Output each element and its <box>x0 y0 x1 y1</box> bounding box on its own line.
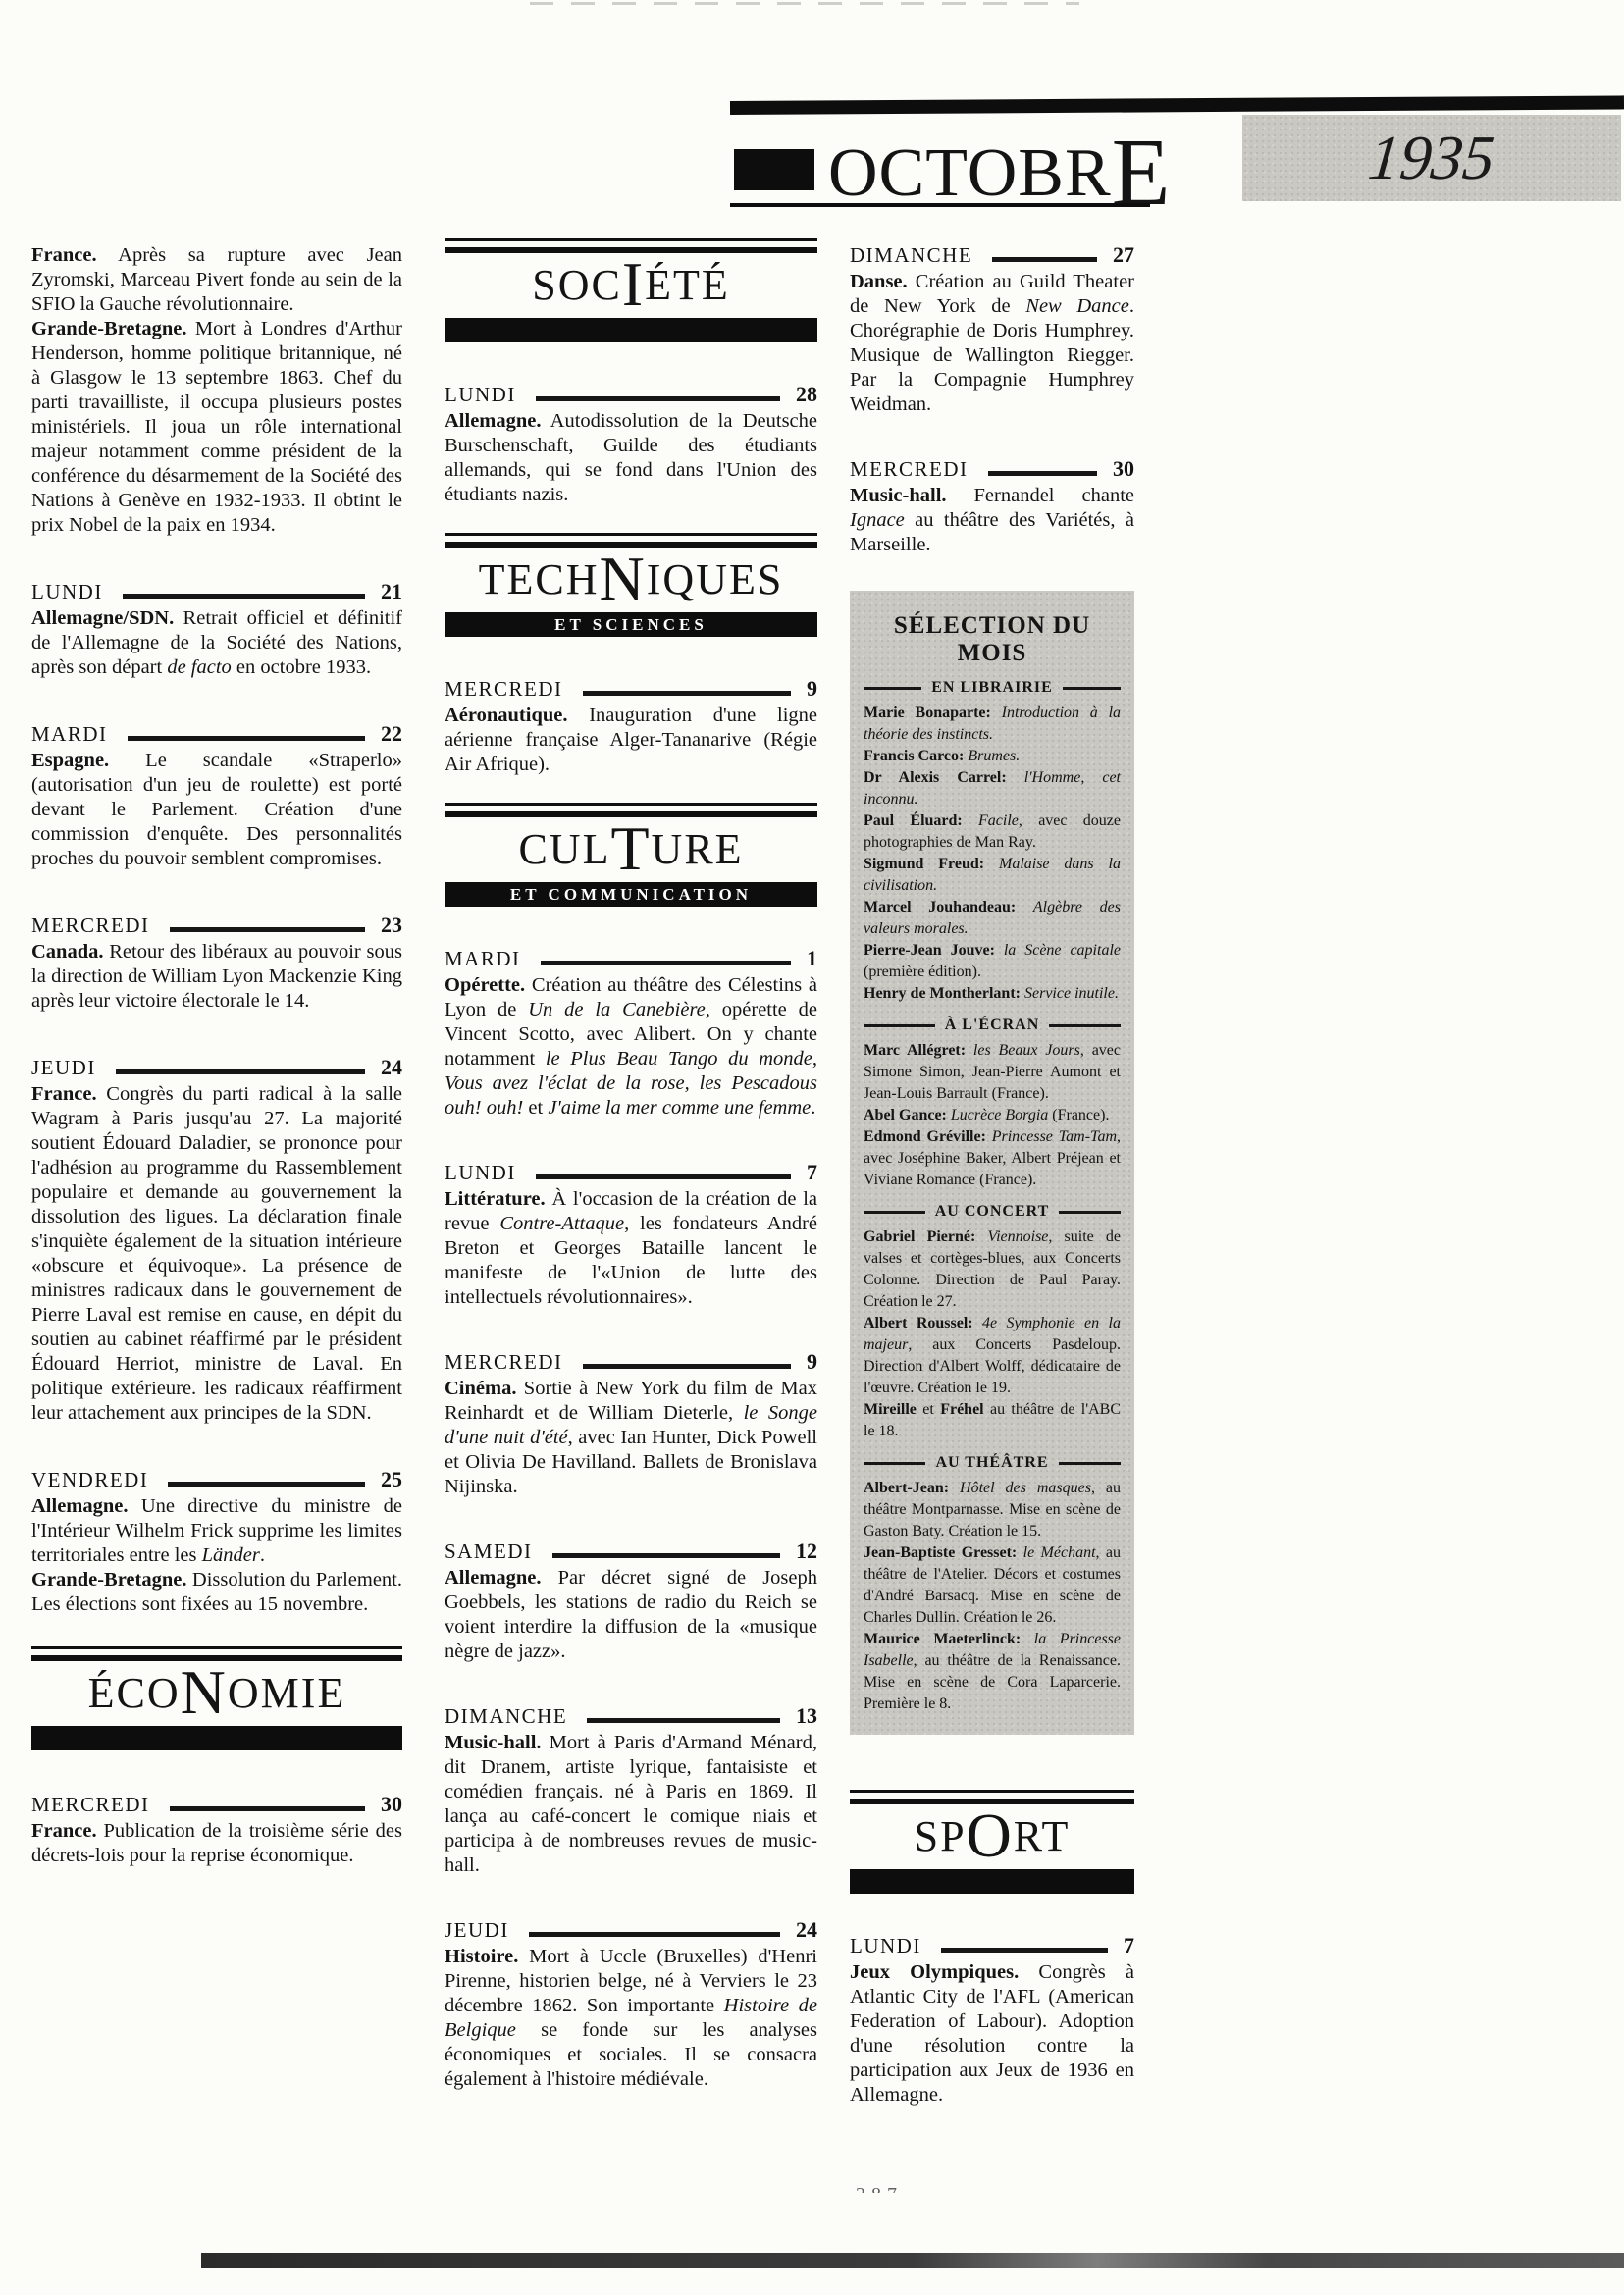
entry-paragraph: Espagne. Le scandale «Straperlo» (autori… <box>31 749 402 871</box>
bold-run: Jeux Olympiques. <box>850 1961 1019 1983</box>
day-heading: MERCREDI9 <box>445 1349 817 1375</box>
text-run: et <box>917 1401 940 1418</box>
day-heading: MARDI1 <box>445 946 817 971</box>
entry-paragraph: Music-hall. Fernandel chante Ignace au t… <box>850 484 1134 557</box>
day-rule <box>168 1482 365 1487</box>
section-title-big-letter: N <box>181 1657 228 1727</box>
heading-text: AU CONCERT <box>925 1203 1060 1221</box>
year-label: 1935 <box>1365 122 1498 194</box>
section-double-rule <box>445 238 817 256</box>
day-rule <box>587 1718 780 1723</box>
entry-paragraph: Littérature. À l'occasion de la création… <box>445 1187 817 1310</box>
selection-box: SÉLECTION DU MOISEN LIBRAIRIEMarie Bonap… <box>850 591 1134 1735</box>
section-header-sport: SPORT <box>850 1790 1134 1894</box>
entry-paragraph: Canada. Retour des libéraux au pouvoir s… <box>31 940 402 1014</box>
selection-group-heading: AU CONCERT <box>864 1203 1121 1221</box>
day-name: LUNDI <box>445 1161 516 1185</box>
heading-rule-left <box>864 687 921 690</box>
page-number-text: 287 <box>856 2184 903 2193</box>
day-number: 28 <box>796 382 817 407</box>
bold-run: Marcel Jouhandeau: <box>864 899 1033 915</box>
selection-item: Jean-Baptiste Gresset: le Méchant, au th… <box>864 1542 1121 1629</box>
day-heading: LUNDI7 <box>445 1160 817 1185</box>
section-title: SPORT <box>850 1807 1134 1866</box>
day-name: MERCREDI <box>31 913 150 938</box>
selection-item: Paul Éluard: Facile, avec douze photogra… <box>864 810 1121 854</box>
day-number: 22 <box>381 721 402 747</box>
bold-run: Grande-Bretagne. <box>31 318 186 339</box>
entry-paragraph: Danse. Création au Guild Theater de New … <box>850 270 1134 417</box>
text-run: Congrès du parti radical à la salle Wagr… <box>31 1083 402 1424</box>
entry-paragraph: Music-hall. Mort à Paris d'Armand Ménard… <box>445 1731 817 1878</box>
day-heading: VENDREDI25 <box>31 1467 402 1492</box>
magazine-page: OCTOBRE 1935 France. Après sa rupture av… <box>0 0 1624 2295</box>
heading-rule-right <box>1059 1211 1121 1214</box>
selection-item: Albert-Jean: Hôtel des masques, au théât… <box>864 1478 1121 1542</box>
day-number: 21 <box>381 579 402 604</box>
section-black-bar <box>445 318 817 342</box>
bold-run: Fréhel <box>940 1401 983 1418</box>
bold-run: Henry de Montherlant: <box>864 985 1024 1002</box>
day-rule <box>988 471 1097 476</box>
italic-run: Viennoise <box>987 1228 1048 1245</box>
section-header-societe: SOCIÉTÉ <box>445 238 817 342</box>
day-heading: LUNDI7 <box>850 1933 1134 1958</box>
day-rule <box>536 1174 791 1179</box>
italic-run: les Beaux Jours <box>973 1042 1080 1059</box>
bold-run: Allemagne. <box>445 410 542 432</box>
bold-run: Jean-Baptiste Gresset: <box>864 1544 1023 1561</box>
section-title: SOCIÉTÉ <box>445 256 817 315</box>
italic-run: de facto <box>167 656 231 678</box>
day-heading: DIMANCHE27 <box>850 242 1134 268</box>
day-name: MERCREDI <box>31 1793 150 1817</box>
section-title-big-letter: N <box>600 544 647 613</box>
page-number: 287 <box>856 2184 903 2193</box>
day-name: SAMEDI <box>445 1539 533 1564</box>
day-name: LUNDI <box>31 580 103 604</box>
section-header-techniques: TECHNIQUESET SCIENCES <box>445 533 817 637</box>
section-header-culture: CULTUREET COMMUNICATION <box>445 803 817 907</box>
section-subtitle-bar: ET SCIENCES <box>445 612 817 637</box>
section-title-big-letter: O <box>967 1800 1014 1870</box>
day-rule <box>992 257 1097 262</box>
bold-run: France. <box>31 1820 97 1842</box>
day-name: LUNDI <box>850 1934 921 1958</box>
section-header-economie: ÉCONOMIE <box>31 1646 402 1750</box>
italic-run: Brumes. <box>968 748 1020 764</box>
entry-paragraph: Grande-Bretagne. Mort à Londres d'Arthur… <box>31 317 402 538</box>
heading-text: AU THÉÂTRE <box>925 1454 1058 1472</box>
italic-run: Länder <box>202 1544 260 1566</box>
day-rule <box>536 396 780 401</box>
heading-rule-left <box>864 1211 925 1214</box>
bold-run: Littérature. <box>445 1188 546 1210</box>
text-run: (France). <box>1048 1107 1109 1123</box>
selection-item: Sigmund Freud: Malaise dans la civilisat… <box>864 854 1121 897</box>
italic-run: Service inutile. <box>1024 985 1119 1002</box>
day-heading: MERCREDI30 <box>31 1792 402 1817</box>
section-title: TECHNIQUES <box>445 550 817 609</box>
day-number: 7 <box>1124 1933 1134 1958</box>
selection-item: Marie Bonaparte: Introduction à la théor… <box>864 703 1121 746</box>
bold-run: France. <box>31 244 97 266</box>
section-title-text: SP <box>915 1812 967 1860</box>
italic-run: le Méchant <box>1023 1544 1096 1561</box>
day-number: 30 <box>1113 456 1134 482</box>
bold-run: Allemagne. <box>445 1567 542 1589</box>
heading-text: À L'ÉCRAN <box>935 1017 1050 1034</box>
bold-run: Albert Roussel: <box>864 1315 982 1331</box>
entry-paragraph: Allemagne/SDN. Retrait officiel et défin… <box>31 606 402 680</box>
selection-item: Dr Alexis Carrel: l'Homme, cet inconnu. <box>864 767 1121 810</box>
day-number: 27 <box>1113 242 1134 268</box>
selection-group-heading: EN LIBRAIRIE <box>864 679 1121 697</box>
bold-run: Sigmund Freud: <box>864 856 999 872</box>
section-double-rule <box>850 1790 1134 1807</box>
section-title-text: CUL <box>518 825 610 873</box>
day-name: MERCREDI <box>445 677 563 702</box>
italic-run: J'aime la mer comme une femme <box>548 1097 811 1119</box>
section-black-bar <box>31 1726 402 1750</box>
text-run: Congrès à Atlantic City de l'AFL (Americ… <box>850 1961 1134 2106</box>
entry-paragraph: France. Congrès du parti radical à la sa… <box>31 1082 402 1426</box>
page-top-edge-mark <box>530 2 1079 5</box>
day-number: 13 <box>796 1703 817 1729</box>
day-heading: MERCREDI9 <box>445 676 817 702</box>
day-number: 12 <box>796 1539 817 1564</box>
entry-paragraph: Jeux Olympiques. Congrès à Atlantic City… <box>850 1960 1134 2108</box>
section-black-bar <box>850 1869 1134 1894</box>
day-heading: MERCREDI23 <box>31 913 402 938</box>
day-number: 9 <box>807 1349 817 1375</box>
masthead-top-bar <box>730 95 1624 115</box>
bold-run: France. <box>31 1083 97 1105</box>
entry-paragraph: Allemagne. Par décret signé de Joseph Go… <box>445 1566 817 1664</box>
day-heading: LUNDI28 <box>445 382 817 407</box>
italic-run: New Dance <box>1025 295 1129 317</box>
day-rule <box>941 1948 1108 1953</box>
section-double-rule <box>445 803 817 820</box>
day-number: 24 <box>381 1055 402 1080</box>
section-title-text: OMIE <box>228 1669 345 1717</box>
day-heading: DIMANCHE13 <box>445 1703 817 1729</box>
section-title-text: TECH <box>479 555 600 603</box>
day-name: MARDI <box>31 722 108 747</box>
bold-run: Histoire. <box>445 1946 518 1967</box>
heading-rule-left <box>864 1024 935 1027</box>
entry-paragraph: Grande-Bretagne. Dissolution du Parlemen… <box>31 1568 402 1617</box>
selection-item: Pierre-Jean Jouve: la Scène capitale (pr… <box>864 940 1121 983</box>
day-number: 23 <box>381 913 402 938</box>
page-bottom-bar <box>201 2253 1624 2268</box>
day-heading: JEUDI24 <box>445 1917 817 1943</box>
selection-group-heading: À L'ÉCRAN <box>864 1017 1121 1034</box>
section-title-text: ÉTÉ <box>645 261 730 309</box>
entry-paragraph: Opérette. Création au théâtre des Célest… <box>445 973 817 1121</box>
day-rule <box>583 1364 791 1369</box>
day-number: 1 <box>807 946 817 971</box>
day-name: DIMANCHE <box>850 243 972 268</box>
selection-item: Maurice Maeterlinck: la Princesse Isabel… <box>864 1629 1121 1715</box>
section-double-rule <box>31 1646 402 1664</box>
day-rule <box>552 1553 780 1558</box>
bold-run: Grande-Bretagne. <box>31 1569 186 1591</box>
day-heading: JEUDI24 <box>31 1055 402 1080</box>
day-name: MARDI <box>445 947 521 971</box>
day-name: MERCREDI <box>850 457 969 482</box>
bold-run: Albert-Jean: <box>864 1480 960 1496</box>
section-title-big-letter: T <box>610 813 651 883</box>
day-number: 9 <box>807 676 817 702</box>
text-run: . <box>811 1097 815 1119</box>
selection-item: Abel Gance: Lucrèce Borgia (France). <box>864 1105 1121 1126</box>
italic-run: Un de la Canebière <box>528 999 706 1020</box>
selection-item: Albert Roussel: 4e Symphonie en la majeu… <box>864 1313 1121 1399</box>
italic-run: Contre-Attaque <box>499 1213 624 1234</box>
section-title-text: IQUES <box>647 555 784 603</box>
entry-paragraph: France. Après sa rupture avec Jean Zyrom… <box>31 243 402 317</box>
day-name: JEUDI <box>445 1918 509 1943</box>
section-subtitle-bar: ET COMMUNICATION <box>445 882 817 907</box>
bold-run: Abel Gance: <box>864 1107 951 1123</box>
day-number: 7 <box>807 1160 817 1185</box>
day-number: 25 <box>381 1467 402 1492</box>
month-title-big-letter: E <box>1112 120 1172 226</box>
day-rule <box>529 1932 780 1937</box>
text-run: (première édition). <box>864 964 981 980</box>
bold-run: Francis Carco: <box>864 748 968 764</box>
italic-run: Princesse Tam-Tam <box>992 1128 1117 1145</box>
month-title-text: OCTOBR <box>828 135 1112 211</box>
bold-run: Aéronautique. <box>445 704 567 726</box>
text-run: Mort à Paris d'Armand Ménard, dit Dranem… <box>445 1732 817 1876</box>
italic-run: Hôtel des masques <box>960 1480 1091 1496</box>
day-number: 24 <box>796 1917 817 1943</box>
section-title-text: RT <box>1014 1812 1071 1860</box>
bold-run: Maurice Maeterlinck: <box>864 1631 1034 1647</box>
column-left: France. Après sa rupture avec Jean Zyrom… <box>31 243 402 1868</box>
bold-run: Opérette. <box>445 974 525 996</box>
heading-text: EN LIBRAIRIE <box>921 679 1063 697</box>
bold-run: Music-hall. <box>850 485 947 506</box>
day-rule <box>116 1069 365 1074</box>
text-run: Mort à Londres d'Arthur Henderson, homme… <box>31 318 402 536</box>
day-rule <box>170 1806 365 1811</box>
selection-item: Henry de Montherlant: Service inutile. <box>864 983 1121 1005</box>
selection-item: Marc Allégret: les Beaux Jours, avec Sim… <box>864 1040 1121 1105</box>
day-rule <box>170 927 365 932</box>
bold-run: Espagne. <box>31 750 109 771</box>
entry-paragraph: France. Publication de la troisième séri… <box>31 1819 402 1868</box>
bold-run: Music-hall. <box>445 1732 542 1753</box>
day-heading: MARDI22 <box>31 721 402 747</box>
day-rule <box>541 961 791 965</box>
text-run: en octobre 1933. <box>232 656 371 678</box>
selection-title: SÉLECTION DU MOIS <box>864 612 1121 667</box>
entry-paragraph: Allemagne. Une directive du ministre de … <box>31 1494 402 1568</box>
italic-run: la Scène capitale <box>1004 942 1121 959</box>
bold-run: Dr Alexis Carrel: <box>864 769 1024 786</box>
bold-run: Cinéma. <box>445 1378 516 1399</box>
bold-run: Allemagne/SDN. <box>31 607 174 629</box>
selection-item: Marcel Jouhandeau: Algèbre des valeurs m… <box>864 897 1121 940</box>
day-name: LUNDI <box>445 383 516 407</box>
selection-group-heading: AU THÉÂTRE <box>864 1454 1121 1472</box>
day-name: VENDREDI <box>31 1468 148 1492</box>
bold-run: Danse. <box>850 271 908 292</box>
italic-run: Lucrèce Borgia <box>951 1107 1048 1123</box>
entry-paragraph: Histoire. Mort à Uccle (Bruxelles) d'Hen… <box>445 1945 817 2092</box>
day-name: MERCREDI <box>445 1350 563 1375</box>
heading-rule-left <box>864 1462 925 1465</box>
day-name: JEUDI <box>31 1056 96 1080</box>
masthead-underline <box>730 203 1150 207</box>
day-rule <box>123 594 365 599</box>
masthead: OCTOBRE <box>734 114 1172 204</box>
bold-run: Allemagne. <box>31 1495 129 1517</box>
selection-item: Francis Carco: Brumes. <box>864 746 1121 767</box>
italic-run: Ignace <box>850 509 905 531</box>
day-heading: SAMEDI12 <box>445 1539 817 1564</box>
heading-rule-right <box>1063 687 1121 690</box>
heading-rule-right <box>1059 1462 1121 1465</box>
bold-run: Canada. <box>31 941 103 963</box>
text-run: . <box>260 1544 265 1566</box>
day-name: DIMANCHE <box>445 1704 567 1729</box>
column-middle: SOCIÉTÉLUNDI28Allemagne. Autodissolution… <box>445 238 817 2092</box>
year-box: 1935 <box>1242 115 1621 201</box>
column-right: DIMANCHE27Danse. Création au Guild Theat… <box>850 242 1134 2108</box>
entry-paragraph: Allemagne. Autodissolution de la Deutsch… <box>445 409 817 507</box>
bold-run: Paul Éluard: <box>864 812 978 829</box>
section-title: CULTURE <box>445 820 817 879</box>
bold-run: Mireille <box>864 1401 917 1418</box>
bold-run: Marc Allégret: <box>864 1042 973 1059</box>
bold-run: Edmond Gréville: <box>864 1128 992 1145</box>
day-rule <box>128 736 365 741</box>
section-title-text: URE <box>652 825 744 873</box>
day-rule <box>583 691 791 696</box>
heading-rule-right <box>1049 1024 1121 1027</box>
bold-run: Gabriel Pierné: <box>864 1228 987 1245</box>
entry-paragraph: Cinéma. Sortie à New York du film de Max… <box>445 1377 817 1499</box>
selection-item: Edmond Gréville: Princesse Tam-Tam, avec… <box>864 1126 1121 1191</box>
selection-item: Gabriel Pierné: Viennoise, suite de vals… <box>864 1226 1121 1313</box>
text-run: et <box>523 1097 548 1119</box>
section-title-big-letter: I <box>622 249 645 319</box>
masthead-square-bullet <box>734 149 814 190</box>
day-heading: MERCREDI30 <box>850 456 1134 482</box>
section-double-rule <box>445 533 817 550</box>
section-title: ÉCONOMIE <box>31 1664 402 1723</box>
section-title-text: ÉCO <box>88 1669 181 1717</box>
section-title-text: SOC <box>532 261 622 309</box>
day-number: 30 <box>381 1792 402 1817</box>
text-run: Fernandel chante <box>947 485 1134 506</box>
bold-run: Pierre-Jean Jouve: <box>864 942 1004 959</box>
bold-run: Marie Bonaparte: <box>864 704 1002 721</box>
day-heading: LUNDI21 <box>31 579 402 604</box>
selection-item: Mireille et Fréhel au théâtre de l'ABC l… <box>864 1399 1121 1442</box>
entry-paragraph: Aéronautique. Inauguration d'une ligne a… <box>445 704 817 777</box>
month-title: OCTOBRE <box>828 142 1172 204</box>
italic-run: Facile <box>978 812 1019 829</box>
